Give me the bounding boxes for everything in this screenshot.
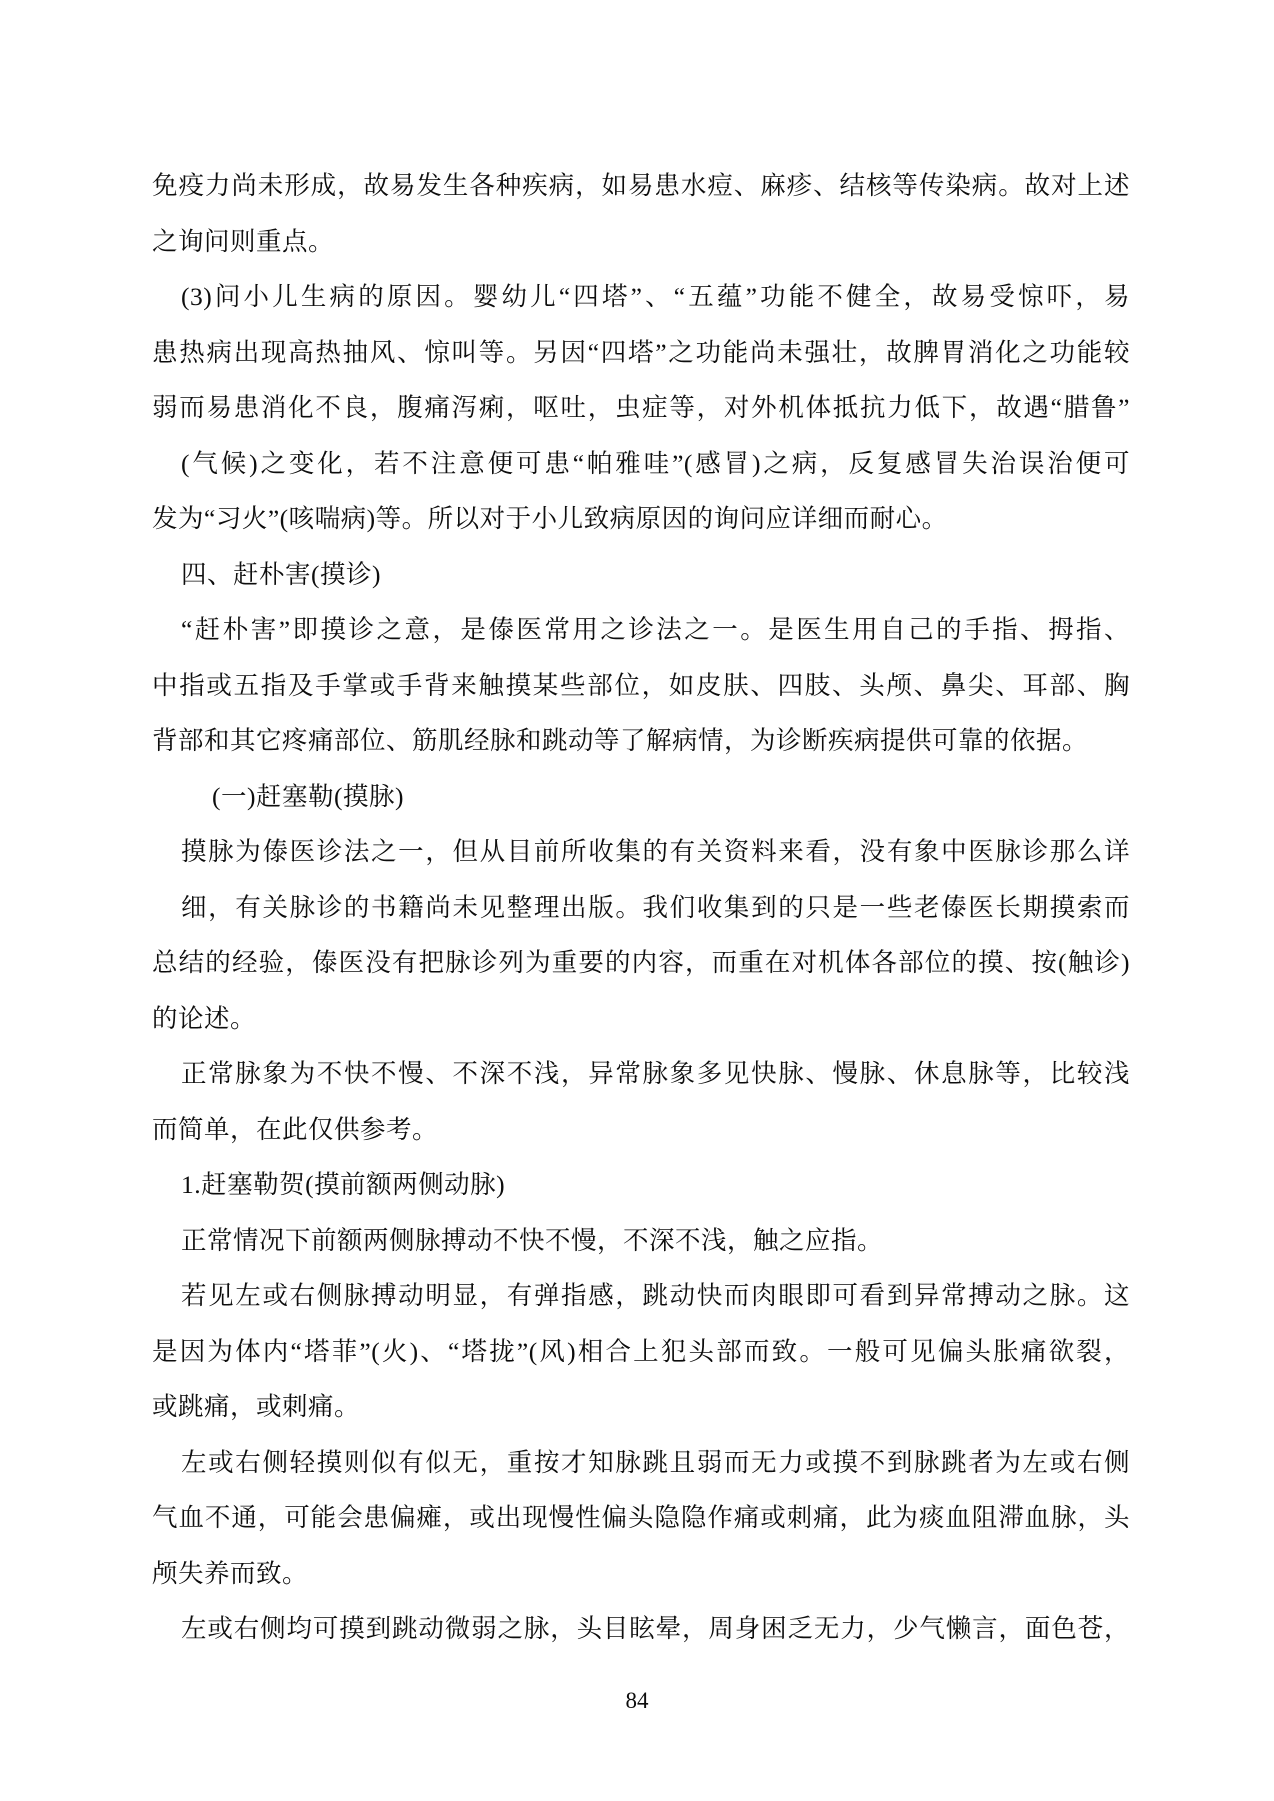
item-heading: 1.赶塞勒贺(摸前额两侧动脉) xyxy=(152,1157,1130,1213)
text-line: 颅失养而致。 xyxy=(152,1546,1130,1602)
text-line: 气血不通，可能会患偏瘫，或出现慢性偏头隐隐作痛或刺痛，此为痰血阻滞血脉，头 xyxy=(152,1490,1130,1546)
text-line: 正常情况下前额两侧脉搏动不快不慢，不深不浅，触之应指。 xyxy=(152,1213,1130,1269)
text-line: 若见左或右侧脉搏动明显，有弹指感，跳动快而肉眼即可看到异常搏动之脉。这 xyxy=(152,1268,1130,1324)
text-line: 或跳痛，或刺痛。 xyxy=(152,1379,1130,1435)
text-line: 而简单，在此仅供参考。 xyxy=(152,1102,1130,1158)
text-line: 左或右侧均可摸到跳动微弱之脉，头目眩晕，周身困乏无力，少气懒言，面色苍， xyxy=(152,1601,1130,1657)
text-line: 发为“习火”(咳喘病)等。所以对于小儿致病原因的询问应详细而耐心。 xyxy=(152,491,1130,547)
text-line: 患热病出现高热抽风、惊叫等。另因“四塔”之功能尚未强壮，故脾胃消化之功能较 xyxy=(152,325,1130,381)
text-line: 弱而易患消化不良，腹痛泻痢，呕吐，虫症等，对外机体抵抗力低下，故遇“腊鲁” xyxy=(152,380,1130,436)
subsection-heading: (一)赶塞勒(摸脉) xyxy=(152,769,1130,825)
text-line: 总结的经验，傣医没有把脉诊列为重要的内容，而重在对机体各部位的摸、按(触诊) xyxy=(152,935,1130,991)
document-page: 免疫力尚未形成，故易发生各种疾病，如易患水痘、麻疹、结核等传染病。故对上述 之询… xyxy=(0,0,1274,1801)
text-line: 背部和其它疼痛部位、筋肌经脉和跳动等了解病情，为诊断疾病提供可靠的依据。 xyxy=(152,713,1130,769)
text-line: “赶朴害”即摸诊之意，是傣医常用之诊法之一。是医生用自己的手指、拇指、 xyxy=(152,602,1130,658)
page-number: 84 xyxy=(0,1686,1274,1716)
text-line: 免疫力尚未形成，故易发生各种疾病，如易患水痘、麻疹、结核等传染病。故对上述 xyxy=(152,158,1130,214)
document-text: 免疫力尚未形成，故易发生各种疾病，如易患水痘、麻疹、结核等传染病。故对上述 之询… xyxy=(152,158,1130,1657)
text-line: 摸脉为傣医诊法之一，但从目前所收集的有关资料来看，没有象中医脉诊那么详 xyxy=(152,824,1130,880)
text-line: 的论述。 xyxy=(152,991,1130,1047)
text-line: 中指或五指及手掌或手背来触摸某些部位，如皮肤、四肢、头颅、鼻尖、耳部、胸腹、 xyxy=(152,658,1130,714)
text-line: 之询问则重点。 xyxy=(152,214,1130,270)
text-line: 正常脉象为不快不慢、不深不浅，异常脉象多见快脉、慢脉、休息脉等，比较浅 xyxy=(152,1046,1130,1102)
text-line: (气候)之变化，若不注意便可患“帕雅哇”(感冒)之病，反复感冒失治误治便可 xyxy=(152,436,1130,492)
text-line: 左或右侧轻摸则似有似无，重按才知脉跳且弱而无力或摸不到脉跳者为左或右侧 xyxy=(152,1435,1130,1491)
text-line: 是因为体内“塔菲”(火)、“塔拢”(风)相合上犯头部而致。一般可见偏头胀痛欲裂， xyxy=(152,1324,1130,1380)
text-line: (3)问小儿生病的原因。婴幼儿“四塔”、“五蕴”功能不健全，故易受惊吓，易 xyxy=(152,269,1130,325)
section-heading: 四、赶朴害(摸诊) xyxy=(152,547,1130,603)
text-line: 细，有关脉诊的书籍尚未见整理出版。我们收集到的只是一些老傣医长期摸索而 xyxy=(152,880,1130,936)
